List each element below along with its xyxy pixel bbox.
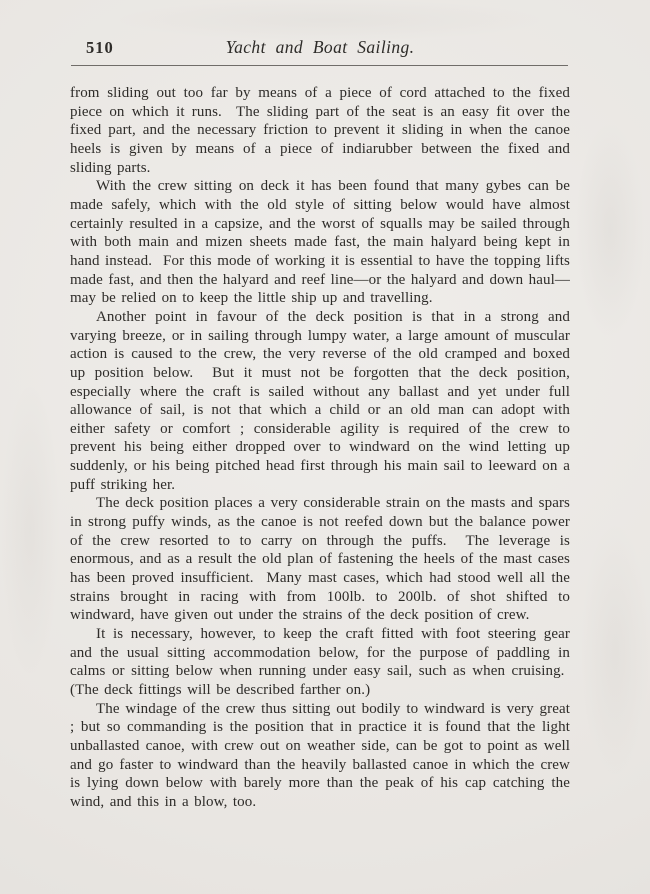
scan-smudge	[120, 0, 540, 40]
paragraph: With the crew sitting on deck it has bee…	[70, 177, 570, 308]
paragraph: from sliding out too far by means of a p…	[70, 84, 570, 177]
paragraph: It is necessary, however, to keep the cr…	[70, 625, 570, 700]
paragraph: The deck position places a very consider…	[70, 494, 570, 625]
scan-smudge	[575, 120, 645, 340]
running-header: 510 Yacht and Boat Sailing.	[70, 37, 570, 59]
body-text: from sliding out too far by means of a p…	[70, 84, 570, 812]
running-title: Yacht and Boat Sailing.	[70, 37, 570, 58]
scan-smudge	[580, 520, 650, 780]
header-rule	[71, 65, 568, 66]
book-page: 510 Yacht and Boat Sailing. from sliding…	[0, 0, 650, 894]
paragraph: Another point in favour of the deck posi…	[70, 308, 570, 495]
paragraph: The windage of the crew thus sitting out…	[70, 700, 570, 812]
scan-smudge	[0, 380, 60, 680]
